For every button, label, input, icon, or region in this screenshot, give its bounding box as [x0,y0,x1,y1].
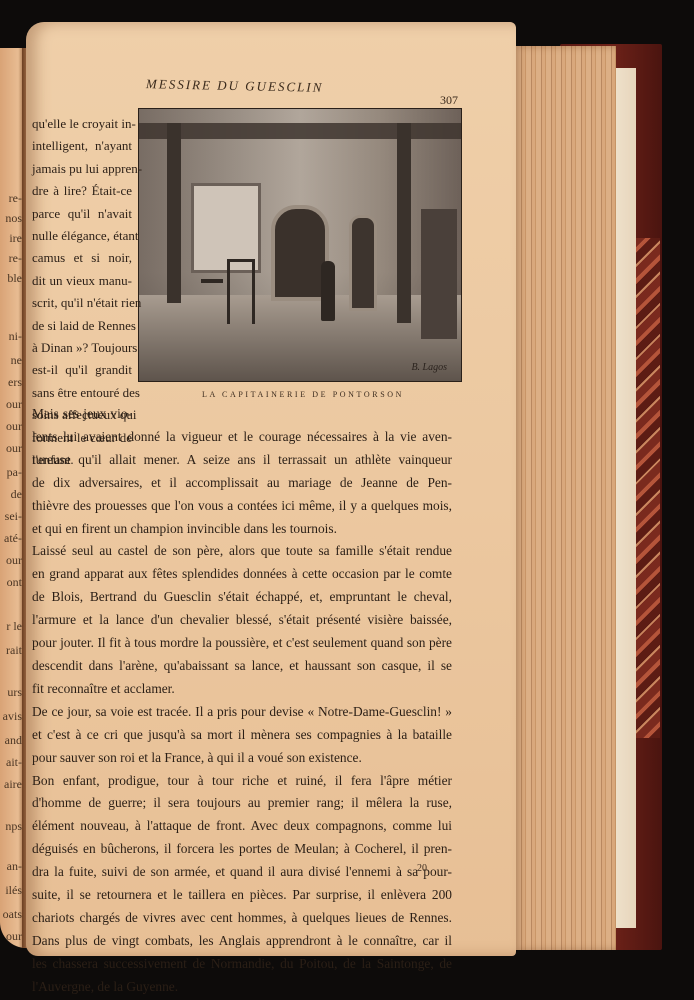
artist-signature: B. Lagos [411,362,447,373]
illustration-chair [227,259,255,324]
left-page-text-fragment: ni- [9,330,22,342]
text-line: de dix adversaires, et il accomplissait … [32,472,452,495]
left-page-text-fragment: pa- [7,466,22,478]
left-page-text-fragment: r le [6,620,22,632]
text-line: Bon enfant, prodigue, tour à tour riche … [32,770,452,793]
illustration-post-right [397,123,411,323]
text-line: dra la fuite, suivi de son armée, et qua… [32,861,452,884]
text-line: qu'elle le croyait in- [32,113,132,135]
text-line: de Blois, Bertrand du Guesclin s'était é… [32,586,452,609]
text-line: et c'est à ce cri que jusqu'à sa mort il… [32,724,452,747]
left-page-text-fragment: aire [4,778,22,790]
left-page-text-fragment: nps [5,820,22,832]
left-page-text-fragment: urs [7,686,22,698]
text-line: sans être entouré des [32,382,132,404]
text-line: nulle élégance, étant [32,225,132,247]
left-page-text-fragment: ne [11,354,22,366]
text-line: les chassera successivement de Normandie… [32,953,452,976]
left-page-text-fragment: ire [9,232,22,244]
illustration-table [201,279,223,283]
left-page-text-fragment: ont [7,576,22,588]
left-page-text-fragment: re- [9,192,22,204]
text-line: à Dinan »? Toujours [32,337,132,359]
left-page-text-fragment: rait [6,644,22,656]
text-line: de si laid de Rennes [32,315,132,337]
text-line: thièvre des prouesses que l'on vous a co… [32,495,452,518]
left-page-text-fragment: our [6,398,22,410]
text-line: déguisés en bûcherons, il forcera les po… [32,838,452,861]
left-page-text-fragment: até- [4,532,22,544]
text-line: De ce jour, sa voie est tracée. Il a pri… [32,701,452,724]
left-page-text-fragment: de [11,488,22,500]
text-line: dre à lire? Était-ce [32,180,132,202]
text-line: dit un vieux manu- [32,270,132,292]
illustration-post-left [167,123,181,303]
illustration-figure [321,261,335,321]
illustration-side-door [349,215,377,311]
text-line: en grand apparat aux fêtes splendides do… [32,563,452,586]
text-line: l'Auvergne, de la Guyenne. [32,976,452,999]
left-page-text-fragment: sei- [5,510,22,522]
left-page-text-fragment: re- [9,252,22,264]
text-line: jamais pu lui appren- [32,158,132,180]
left-page-text-fragment: our [6,420,22,432]
text-line: d'homme de guerre; il sera toujours au p… [32,792,452,815]
text-line: et qui en firent un champion invincible … [32,518,452,541]
left-page-text-fragment: ers [8,376,22,388]
text-line: suite, il se retournera et le taillera e… [32,884,452,907]
text-line: intelligent, n'ayant [32,135,132,157]
marbled-cover-edge [634,238,660,738]
illustration-cabinet [421,209,457,339]
engraving-illustration: B. Lagos [138,108,462,382]
left-page-text-fragment: ilés [5,884,22,896]
left-page-text-fragment: ait- [6,756,22,768]
illustration-caption: LA CAPITAINERIE DE PONTORSON [202,390,404,399]
left-page-text-fragment: ble [7,272,22,284]
text-line: Dans plus de vingt combats, les Anglais … [32,930,452,953]
text-line: scrit, qu'il n'était rien [32,292,132,314]
text-line: lents lui avaient donné la vigueur et le… [32,426,452,449]
text-line: tureuse qu'il allait mener. A seize ans … [32,449,452,472]
text-line: chariots chargés de vivres avec cent hom… [32,907,452,930]
text-line: Mais ses jeux vio- [32,403,132,426]
body-text: Mais ses jeux vio-lents lui avaient donn… [32,403,452,999]
text-line: pour jouter. Il fit à tous mordre la pou… [32,632,452,655]
page-block-fore-edge [512,46,616,950]
text-line: Laissé seul au castel de son père, alors… [32,540,452,563]
text-line: fit reconnaître et acclamer. [32,678,452,701]
page-number: 307 [440,93,458,108]
text-line: camus et si noir, [32,247,132,269]
left-page-text-fragment: and [5,734,22,746]
left-page-text-fragment: our [6,930,22,942]
left-page-text-fragment: our [6,442,22,454]
text-line: parce qu'il n'avait [32,203,132,225]
left-page-text-fragment: our [6,554,22,566]
text-line: élément nouveau, à l'attaque de front. A… [32,815,452,838]
illustration-beam [139,123,461,139]
left-page-text-fragment: oats [3,908,22,920]
left-page-text-fragment: an- [7,860,22,872]
text-line: l'armure et la lance d'un chevalier bles… [32,609,452,632]
text-line: descendit dans l'arène, qu'abaissant sa … [32,655,452,678]
signature-mark: 20 [417,863,427,874]
text-line: pour sauver son roi et la France, à qui … [32,747,452,770]
left-page-text-fragment: avis [3,710,22,722]
left-page-text-fragment: nos [5,212,22,224]
text-line: est-il qu'il grandit [32,359,132,381]
